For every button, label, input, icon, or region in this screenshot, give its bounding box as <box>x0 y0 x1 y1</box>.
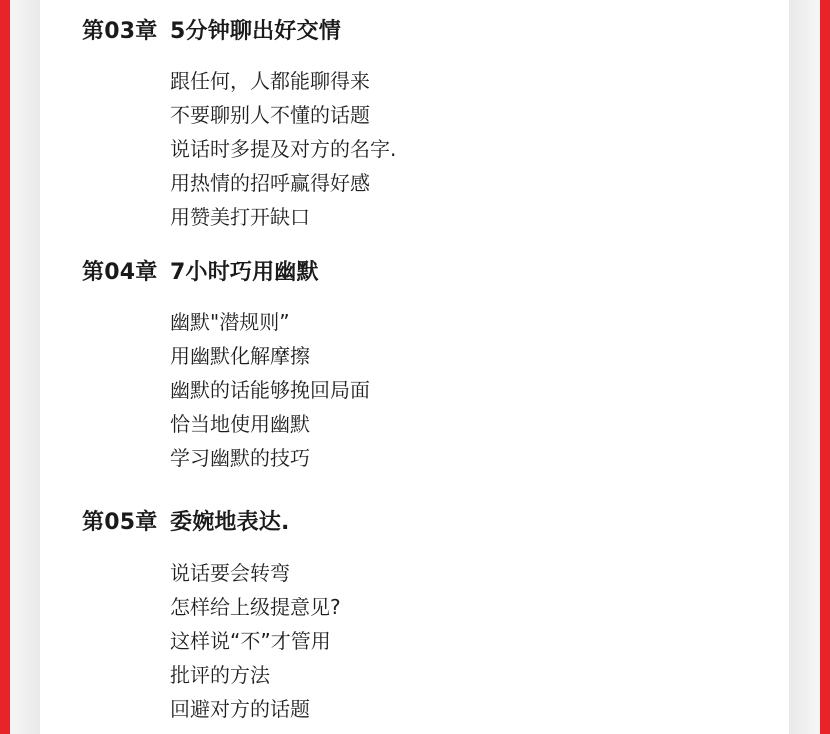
chapter-item-list: 跟任何，人都能聊得来 不要聊别人不懂的话题 说话时多提及对方的名字. 用热情的招… <box>170 64 396 234</box>
chapter-number: 第05章 <box>82 505 170 536</box>
chapter-heading: 第03章 5分钟聊出好交情 <box>82 14 782 44</box>
chapter-item-list: 幽默"潜规则” 用幽默化解摩擦 幽默的话能够挽回局面 恰当地使用幽默 学习幽默的… <box>170 305 370 475</box>
list-item: 用赞美打开缺口 <box>170 200 396 234</box>
chapter-number: 第03章 <box>82 14 170 45</box>
chapter-title: 5分钟聊出好交情 <box>170 14 341 45</box>
list-item: 说话时多提及对方的名字. <box>170 132 396 166</box>
left-red-border <box>0 0 10 734</box>
list-item: 回避对方的话题 <box>170 692 341 726</box>
list-item: 学习幽默的技巧 <box>170 441 370 475</box>
list-item: 跟任何，人都能聊得来 <box>170 64 396 98</box>
list-item: 怎样给上级提意见? <box>170 590 341 624</box>
right-shadow <box>789 0 820 734</box>
chapter-05: 第05章 委婉地表达. 说话要会转弯 怎样给上级提意见? 这样说“不”才管用 批… <box>82 505 782 535</box>
list-item: 用热情的招呼赢得好感 <box>170 166 396 200</box>
chapter-title: 委婉地表达. <box>170 505 290 536</box>
list-item: 说话要会转弯 <box>170 556 341 590</box>
right-red-border <box>820 0 830 734</box>
chapter-title: 7小时巧用幽默 <box>170 255 319 286</box>
chapter-heading: 第05章 委婉地表达. <box>82 505 782 535</box>
list-item: 恰当地使用幽默 <box>170 407 370 441</box>
list-item: 幽默"潜规则” <box>170 305 370 339</box>
chapter-03: 第03章 5分钟聊出好交情 跟任何，人都能聊得来 不要聊别人不懂的话题 说话时多… <box>82 14 782 44</box>
chapter-item-list: 说话要会转弯 怎样给上级提意见? 这样说“不”才管用 批评的方法 回避对方的话题 <box>170 556 341 726</box>
left-shadow <box>10 0 40 734</box>
chapter-04: 第04章 7小时巧用幽默 幽默"潜规则” 用幽默化解摩擦 幽默的话能够挽回局面 … <box>82 255 782 285</box>
list-item: 幽默的话能够挽回局面 <box>170 373 370 407</box>
list-item: 用幽默化解摩擦 <box>170 339 370 373</box>
chapter-heading: 第04章 7小时巧用幽默 <box>82 255 782 285</box>
document-page: 第03章 5分钟聊出好交情 跟任何，人都能聊得来 不要聊别人不懂的话题 说话时多… <box>40 0 789 734</box>
list-item: 这样说“不”才管用 <box>170 624 341 658</box>
list-item: 不要聊别人不懂的话题 <box>170 98 396 132</box>
list-item: 批评的方法 <box>170 658 341 692</box>
chapter-number: 第04章 <box>82 255 170 286</box>
